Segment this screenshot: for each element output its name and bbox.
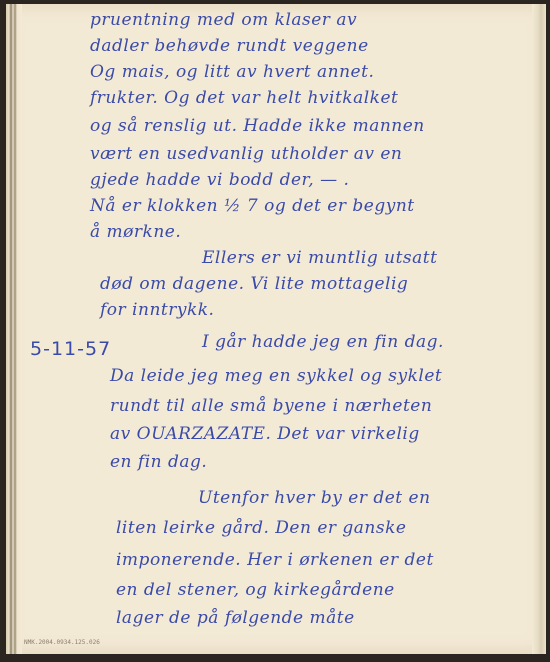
handwritten-line: I går hadde jeg en fin dag. (202, 332, 444, 352)
handwritten-line: for inntrykk. (100, 300, 214, 320)
handwritten-line: frukter. Og det var helt hvitkalket (90, 88, 398, 108)
handwritten-line: og så renslig ut. Hadde ikke mannen (90, 116, 425, 136)
handwritten-line: vært en usedvanlig utholder av en (90, 144, 402, 164)
handwritten-line: Og mais, og litt av hvert annet. (90, 62, 374, 82)
handwritten-line: Ellers er vi muntlig utsatt (202, 248, 437, 268)
handwritten-line: rundt til alle små byene i nærheten (110, 396, 432, 416)
notebook-page: pruentning med om klaser av dadler behøv… (6, 4, 546, 654)
handwritten-line: en del stener, og kirkegårdene (116, 580, 395, 600)
handwritten-line: død om dagene. Vi lite mottagelig (100, 274, 408, 294)
handwritten-line: Nå er klokken ½ 7 og det er begynt (90, 196, 415, 216)
handwritten-line: av OUARZAZATE. Det var virkelig (110, 424, 420, 444)
handwritten-line: liten leirke gård. Den er ganske (116, 518, 406, 538)
date-margin-note: 5-11-57 (30, 338, 111, 360)
handwritten-line: dadler behøvde rundt veggene (90, 36, 369, 56)
handwritten-line: pruentning med om klaser av (90, 10, 357, 30)
handwritten-line: imponerende. Her i ørkenen er det (116, 550, 434, 570)
handwritten-line: Da leide jeg meg en sykkel og syklet (110, 366, 442, 386)
catalog-stamp: NMK.2004.0934.125.026 (24, 639, 100, 646)
handwritten-line: Utenfor hver by er det en (198, 488, 431, 508)
handwritten-line: gjede hadde vi bodd der, — . (90, 170, 349, 190)
handwritten-line: å mørkne. (90, 222, 181, 242)
handwritten-line: en fin dag. (110, 452, 207, 472)
page-right-edge (532, 4, 546, 654)
page-binding-edge (6, 4, 22, 654)
handwritten-line: lager de på følgende måte (116, 608, 355, 628)
